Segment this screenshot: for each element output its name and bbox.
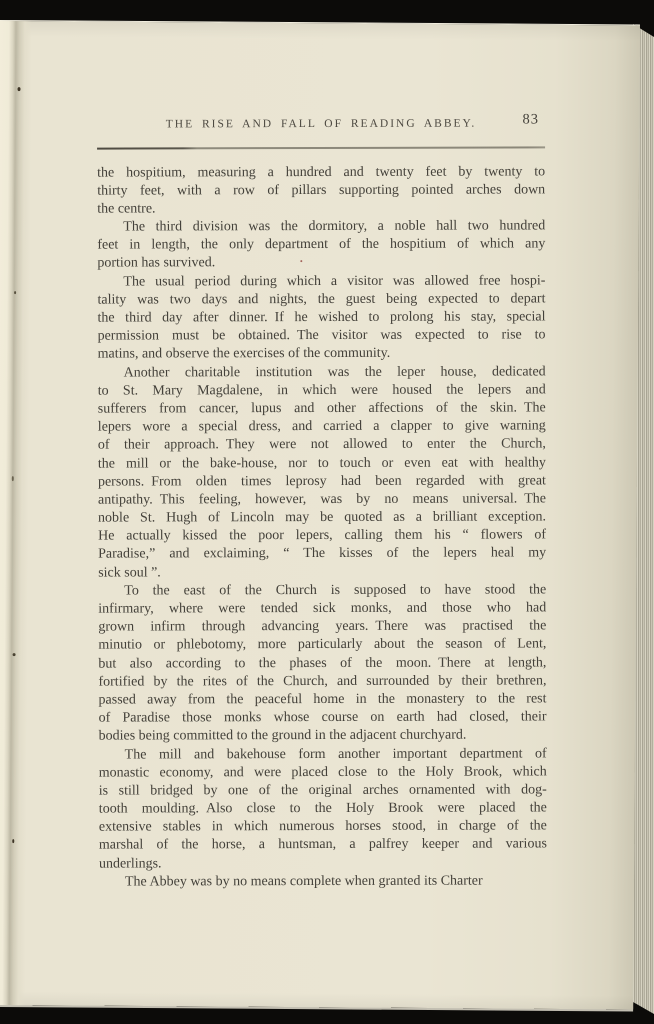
paragraph: the hospitium, measuring a hundred and t…: [97, 163, 545, 219]
text-line: is still bridged by one of the original …: [99, 781, 547, 800]
text-line: extensive stables in which numerous hors…: [99, 818, 547, 837]
text-line: minutio or phlebotomy, more particularly…: [98, 636, 546, 655]
text-line: To the east of the Church is supposed to…: [98, 581, 546, 600]
text-line: lepers wore a special dress, and carried…: [98, 418, 546, 437]
page-content: THE RISE AND FALL OF READING ABBEY. 83 t…: [97, 113, 547, 891]
binding-speck: [12, 476, 14, 481]
text-line: tality was two days and nights, the gues…: [97, 290, 545, 309]
text-line: of Paradise those monks whose course on …: [99, 709, 547, 728]
text-line: the hospitium, measuring a hundred and t…: [97, 163, 545, 182]
text-line: feet in length, the only department of t…: [97, 236, 545, 255]
binding-gutter: [0, 21, 32, 1005]
text-line: grown infirm through advancing years. Th…: [98, 618, 546, 637]
text-line: Another charitable institution was the l…: [98, 363, 546, 382]
text-line: permission must be obtained. The visitor…: [98, 327, 546, 346]
binding-speck: [18, 87, 21, 91]
text-line: noble St. Hugh of Lincoln may be quoted …: [98, 508, 546, 527]
binding-speck: [14, 291, 16, 294]
paragraph: The usual period during which a visitor …: [97, 272, 545, 364]
paragraph: The Abbey was by no means complete when …: [99, 872, 547, 891]
text-line: bodies being committed to the ground in …: [99, 727, 547, 746]
binding-speck: [13, 653, 16, 656]
text-line: underlings.: [99, 854, 547, 873]
text-line: Paradise,” and exclaiming, “ The kisses …: [98, 545, 546, 564]
text-line: He actually kissed the poor lepers, call…: [98, 527, 546, 546]
text-line: of their approach. They were not allowed…: [98, 436, 546, 455]
paragraph: To the east of the Church is supposed to…: [98, 581, 546, 746]
text-line: sick soul ”.: [98, 563, 546, 582]
text-line: sufferers from cancer, lupus and other a…: [98, 399, 546, 418]
running-header: THE RISE AND FALL OF READING ABBEY. 83: [97, 113, 545, 136]
text-line: The usual period during which a visitor …: [97, 272, 545, 291]
text-line: The Abbey was by no means complete when …: [99, 872, 547, 891]
page-body: the hospitium, measuring a hundred and t…: [97, 163, 547, 892]
text-line: marshal of the horse, a huntsman, a palf…: [99, 836, 547, 855]
text-line: antipathy. This feeling, however, was by…: [98, 490, 546, 509]
text-line: the mill or the bake-house, nor to touch…: [98, 454, 546, 473]
text-line: portion has survived.: [97, 254, 545, 273]
text-line: but also according to the phases of the …: [98, 654, 546, 673]
running-header-title: THE RISE AND FALL OF READING ABBEY.: [166, 118, 476, 131]
text-line: monastic economy, and were placed close …: [99, 763, 547, 782]
text-line: infirmary, where were tended sick monks,…: [98, 599, 546, 618]
text-line: The mill and bakehouse form another impo…: [99, 745, 547, 764]
paragraph: The mill and bakehouse form another impo…: [99, 745, 547, 873]
page-number: 83: [522, 111, 539, 128]
text-line: matins, and observe the exercises of the…: [98, 345, 546, 364]
text-line: passed away from the peaceful home in th…: [98, 690, 546, 709]
book-scan: THE RISE AND FALL OF READING ABBEY. 83 t…: [0, 0, 654, 1024]
paragraph: Another charitable institution was the l…: [98, 363, 547, 582]
text-line: the third day after dinner. If he wished…: [97, 308, 545, 327]
text-line: fortified by the rites of the Church, an…: [98, 672, 546, 691]
text-line: to St. Mary Magdalene, in which were hou…: [98, 381, 546, 400]
text-line: the centre.: [97, 199, 545, 218]
binding-speck: [12, 839, 14, 843]
text-line: The third division was the dormitory, a …: [97, 217, 545, 236]
text-line: persons. From olden times leprosy had be…: [98, 472, 546, 491]
text-line: tooth moulding. Also close to the Holy B…: [99, 799, 547, 818]
paragraph: The third division was the dormitory, a …: [97, 217, 545, 273]
text-line: thirty feet, with a row of pillars suppo…: [97, 181, 545, 200]
header-rule: [97, 146, 545, 149]
